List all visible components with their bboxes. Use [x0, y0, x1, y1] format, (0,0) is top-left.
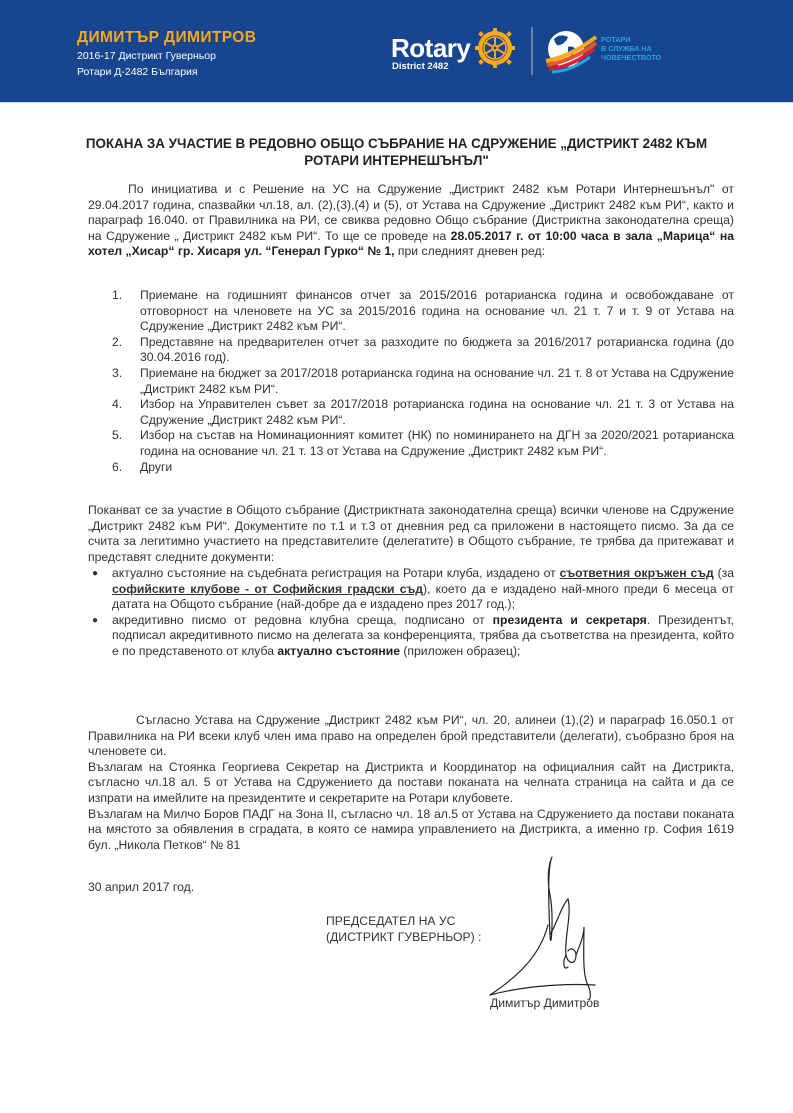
- agenda-number: 4.: [112, 397, 122, 413]
- signatory-title: ПРЕДСЕДАТЕЛ НА УС (ДИСТРИКТ ГУВЕРНЬОР) :: [326, 913, 481, 945]
- req-emphasis: президента и секретаря: [493, 613, 647, 627]
- delegates-paragraph: Съгласно Устава на Сдружение „Дистрикт 2…: [88, 713, 734, 760]
- agenda-item: 4.Избор на Управителен съвет за 2017/201…: [112, 397, 734, 428]
- required-documents-list: ●актуално състояние на съдебната регистр…: [88, 566, 734, 660]
- rotary-logo-text: Rotary: [391, 33, 470, 64]
- bullet-icon: ●: [92, 566, 98, 582]
- req-text: (за: [714, 566, 734, 580]
- agenda-text: Други: [140, 460, 172, 474]
- agenda-number: 5.: [112, 428, 122, 444]
- agenda-text: Избор на състав на Номинационният комите…: [140, 428, 734, 458]
- agenda-text: Избор на Управителен съвет за 2017/2018 …: [140, 397, 734, 427]
- invitation-paragraph: Поканват се за участие в Общото събрание…: [88, 503, 734, 565]
- agenda-number: 3.: [112, 366, 122, 382]
- theme-line: РОТАРИ: [601, 35, 661, 44]
- document-requirement: ●акредитивно писмо от редовна клубна сре…: [88, 613, 734, 660]
- intro-tail: при следният дневен ред:: [395, 244, 546, 258]
- notice-board-assignment-paragraph: Възлагам на Милчо Боров ПАДГ на Зона II,…: [88, 807, 734, 854]
- theme-line: В СЛУЖБА НА: [601, 44, 661, 53]
- signature-icon: [480, 855, 620, 1000]
- letterhead-banner: ДИМИТЪР ДИМИТРОВ 2016-17 Дистрикт Гуверн…: [0, 0, 793, 103]
- rotary-district-label: District 2482: [392, 61, 449, 72]
- bullet-icon: ●: [92, 613, 98, 629]
- intro-paragraph: По инициатива и с Решение на УС на Сдруж…: [88, 182, 734, 260]
- agenda-item: 5.Избор на състав на Номинационният коми…: [112, 428, 734, 459]
- theme-slogan: РОТАРИ В СЛУЖБА НА ЧОВЕЧЕСТВОТО: [601, 35, 661, 62]
- agenda-list: 1.Приемане на годишният финансов отчет з…: [112, 288, 734, 475]
- agenda-item: 3.Приемане на бюджет за 2017/2018 ротари…: [112, 366, 734, 397]
- paragraph-text: Съгласно Устава на Сдружение „Дистрикт 2…: [88, 713, 734, 758]
- document-title: ПОКАНА ЗА УЧАСТИЕ В РЕДОВНО ОБЩО СЪБРАНИ…: [80, 135, 713, 169]
- agenda-text: Представяне на предварителен отчет за ра…: [140, 335, 734, 365]
- req-text: акредитивно писмо от редовна клубна срещ…: [112, 613, 493, 627]
- chair-line: ПРЕДСЕДАТЕЛ НА УС: [326, 913, 481, 929]
- logo-divider: [531, 27, 533, 75]
- document-requirement: ●актуално състояние на съдебната регистр…: [88, 566, 734, 613]
- req-text: актуално състояние на съдебната регистра…: [112, 566, 560, 580]
- req-emphasis: актуално състояние: [277, 644, 400, 658]
- governor-name: ДИМИТЪР ДИМИТРОВ: [77, 29, 256, 47]
- assignments-section: Съгласно Устава на Сдружение „Дистрикт 2…: [88, 713, 734, 853]
- globe-swoosh-icon: [542, 27, 598, 75]
- theme-line: ЧОВЕЧЕСТВОТО: [601, 53, 661, 62]
- website-assignment-paragraph: Възлагам на Стоянка Георгиева Секретар н…: [88, 760, 734, 807]
- req-text: (приложен образец);: [400, 644, 520, 658]
- agenda-item: 1.Приемане на годишният финансов отчет з…: [112, 288, 734, 335]
- governor-district: Ротари Д-2482 България: [77, 66, 198, 78]
- chair-line: (ДИСТРИКТ ГУВЕРНЬОР) :: [326, 929, 481, 945]
- agenda-number: 2.: [112, 335, 122, 351]
- req-emphasis: съответния окръжен съд: [560, 566, 714, 580]
- agenda-number: 6.: [112, 460, 122, 476]
- document-date: 30 април 2017 год.: [88, 880, 194, 894]
- agenda-text: Приемане на годишният финансов отчет за …: [140, 288, 734, 333]
- agenda-text: Приемане на бюджет за 2017/2018 ротариан…: [140, 366, 734, 396]
- req-emphasis: софийските клубове - от Софийския градск…: [112, 582, 423, 596]
- agenda-number: 1.: [112, 288, 122, 304]
- signer-name: Димитър Димитров: [490, 996, 599, 1010]
- agenda-item: 2.Представяне на предварителен отчет за …: [112, 335, 734, 366]
- governor-role: 2016-17 Дистрикт Гуверньор: [77, 50, 216, 62]
- rotary-wheel-icon: [474, 27, 516, 69]
- agenda-item: 6.Други: [112, 460, 734, 476]
